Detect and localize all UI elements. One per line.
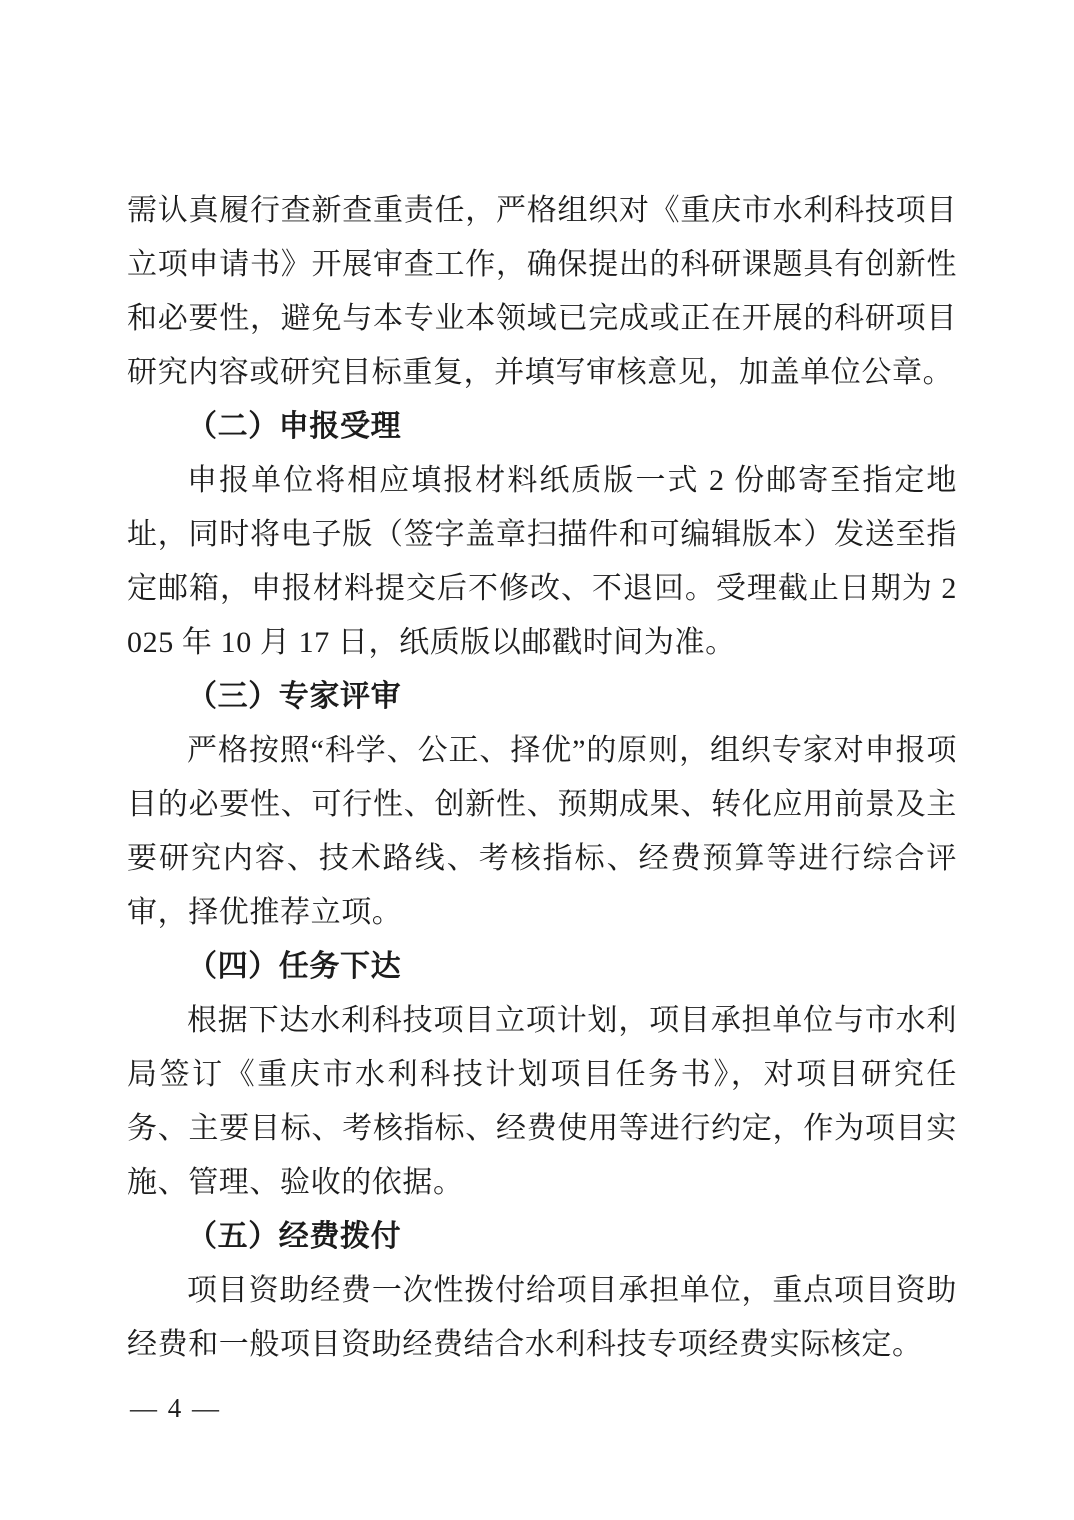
- section-heading-3-zhuanjia-pingshen: （三）专家评审: [127, 670, 957, 724]
- section-heading-5-jingfei-bofu: （五）经费拨付: [127, 1210, 957, 1264]
- section-heading-2-shenbao-shouli: （二）申报受理: [127, 400, 957, 454]
- section-heading-4-renwu-xiada: （四）任务下达: [127, 940, 957, 994]
- page-number: — 4 —: [130, 1392, 221, 1424]
- document-page: 需认真履行查新查重责任，严格组织对《重庆市水利科技项目立项申请书》开展审查工作，…: [0, 0, 1074, 1520]
- document-body: 需认真履行查新查重责任，严格组织对《重庆市水利科技项目立项申请书》开展审查工作，…: [127, 184, 957, 1372]
- body-paragraph-shenbao-shouli: 申报单位将相应填报材料纸质版一式 2 份邮寄至指定地址，同时将电子版（签字盖章扫…: [127, 454, 957, 670]
- body-paragraph-continuation: 需认真履行查新查重责任，严格组织对《重庆市水利科技项目立项申请书》开展审查工作，…: [127, 184, 957, 400]
- body-paragraph-renwu-xiada: 根据下达水利科技项目立项计划，项目承担单位与市水利局签订《重庆市水利科技计划项目…: [127, 994, 957, 1210]
- body-paragraph-zhuanjia-pingshen: 严格按照“科学、公正、择优”的原则，组织专家对申报项目的必要性、可行性、创新性、…: [127, 724, 957, 940]
- body-paragraph-jingfei-bofu: 项目资助经费一次性拨付给项目承担单位，重点项目资助经费和一般项目资助经费结合水利…: [127, 1264, 957, 1372]
